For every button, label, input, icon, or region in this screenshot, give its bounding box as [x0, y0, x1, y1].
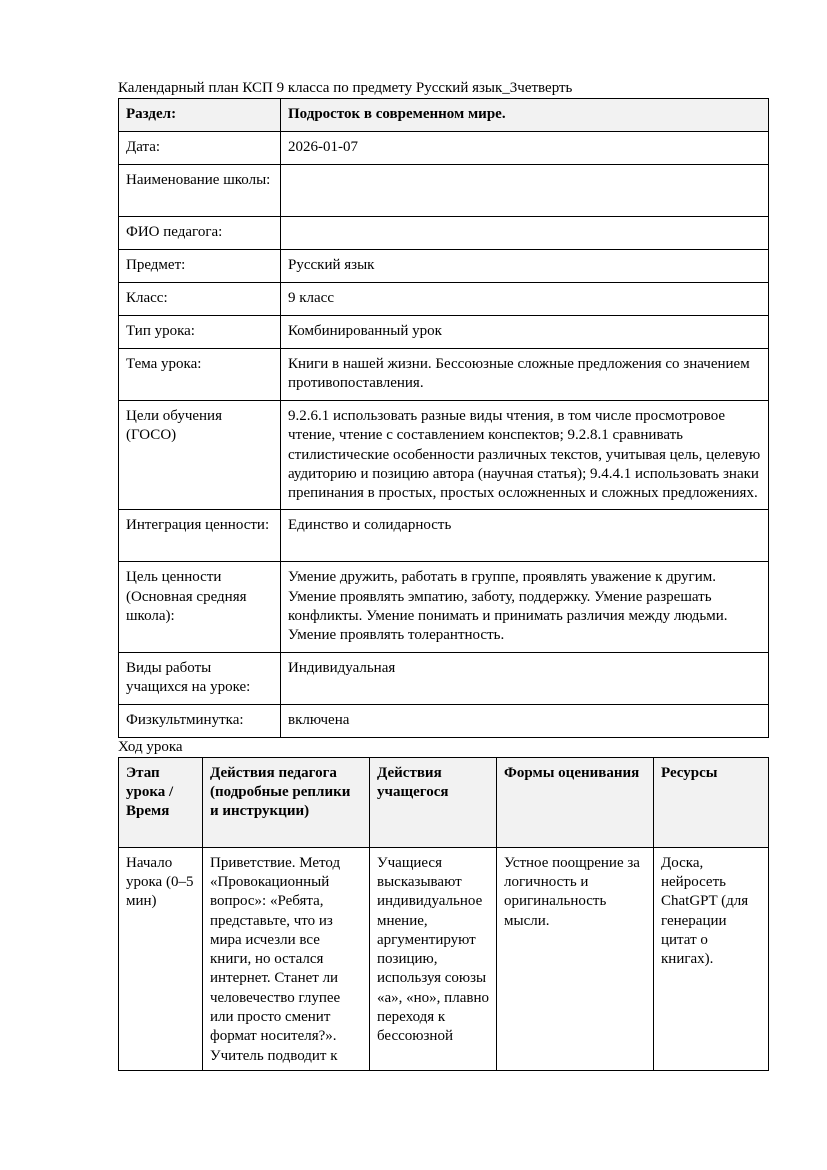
flow-resources: Доска, нейросеть ChatGPT (для генерации …: [661, 854, 761, 1064]
info-row-value-goal: Цель ценности (Основная средняя школа): …: [119, 562, 769, 652]
flow-teacher-actions: Приветствие. Метод «Провокационный вопро…: [210, 854, 362, 1064]
info-row-subject: Предмет: Русский язык: [119, 250, 769, 283]
info-row-lesson-type: Тип урока: Комбинированный урок: [119, 316, 769, 349]
info-label: Класс:: [119, 283, 281, 316]
info-value: [281, 217, 769, 250]
flow-header-row: Этап урока / Время Действия педагога (по…: [119, 757, 769, 847]
info-label: Интеграция ценности:: [119, 510, 281, 562]
info-value: Умение дружить, работать в группе, прояв…: [281, 562, 769, 652]
info-row-section: Раздел: Подросток в современном мире.: [119, 99, 769, 132]
info-row-work-types: Виды работы учащихся на уроке: Индивидуа…: [119, 652, 769, 704]
info-label: Предмет:: [119, 250, 281, 283]
flow-header-stage: Этап урока / Время: [119, 757, 203, 847]
info-row-grade: Класс: 9 класс: [119, 283, 769, 316]
info-row-physical-break: Физкультминутка: включена: [119, 704, 769, 737]
info-label: ФИО педагога:: [119, 217, 281, 250]
info-value: Индивидуальная: [281, 652, 769, 704]
lesson-flow-table: Этап урока / Время Действия педагога (по…: [118, 757, 769, 1071]
info-label: Наименование школы:: [119, 165, 281, 217]
info-value: 2026-01-07: [281, 132, 769, 165]
info-label: Физкультминутка:: [119, 704, 281, 737]
flow-assessment: Устное поощрение за логичность и оригина…: [504, 854, 646, 1064]
info-label: Дата:: [119, 132, 281, 165]
flow-stage: Начало урока (0–5 мин): [126, 854, 195, 1064]
info-value: Подросток в современном мире.: [281, 99, 769, 132]
info-value: включена: [281, 704, 769, 737]
lesson-info-table: Раздел: Подросток в современном мире. Да…: [118, 98, 769, 738]
info-value: 9 класс: [281, 283, 769, 316]
info-row-school: Наименование школы:: [119, 165, 769, 217]
flow-header-resources: Ресурсы: [654, 757, 769, 847]
info-value: Единство и солидарность: [281, 510, 769, 562]
info-label: Тема урока:: [119, 349, 281, 401]
info-value: [281, 165, 769, 217]
info-row-objectives: Цели обучения (ГОСО) 9.2.6.1 использоват…: [119, 401, 769, 510]
info-value: 9.2.6.1 использовать разные виды чтения,…: [281, 401, 769, 510]
info-value: Русский язык: [281, 250, 769, 283]
info-value: Комбинированный урок: [281, 316, 769, 349]
info-row-topic: Тема урока: Книги в нашей жизни. Бессоюз…: [119, 349, 769, 401]
info-label: Тип урока:: [119, 316, 281, 349]
info-row-date: Дата: 2026-01-07: [119, 132, 769, 165]
info-row-value-integration: Интеграция ценности: Единство и солидарн…: [119, 510, 769, 562]
table-row: Начало урока (0–5 мин) Приветствие. Мето…: [119, 847, 769, 1070]
flow-header-assessment: Формы оценивания: [497, 757, 654, 847]
document-page: Календарный план КСП 9 класса по предмет…: [118, 79, 769, 1071]
flow-header-student: Действия учащегося: [370, 757, 497, 847]
lesson-flow-caption: Ход урока: [118, 738, 769, 757]
flow-header-teacher: Действия педагога (подробные реплики и и…: [203, 757, 370, 847]
info-label: Цели обучения (ГОСО): [119, 401, 281, 510]
info-label: Раздел:: [119, 99, 281, 132]
document-title: Календарный план КСП 9 класса по предмет…: [118, 79, 769, 98]
flow-student-actions: Учащиеся высказывают индивидуальное мнен…: [377, 854, 489, 1064]
info-label: Виды работы учащихся на уроке:: [119, 652, 281, 704]
info-value: Книги в нашей жизни. Бессоюзные сложные …: [281, 349, 769, 401]
info-label: Цель ценности (Основная средняя школа):: [119, 562, 281, 652]
info-row-teacher: ФИО педагога:: [119, 217, 769, 250]
